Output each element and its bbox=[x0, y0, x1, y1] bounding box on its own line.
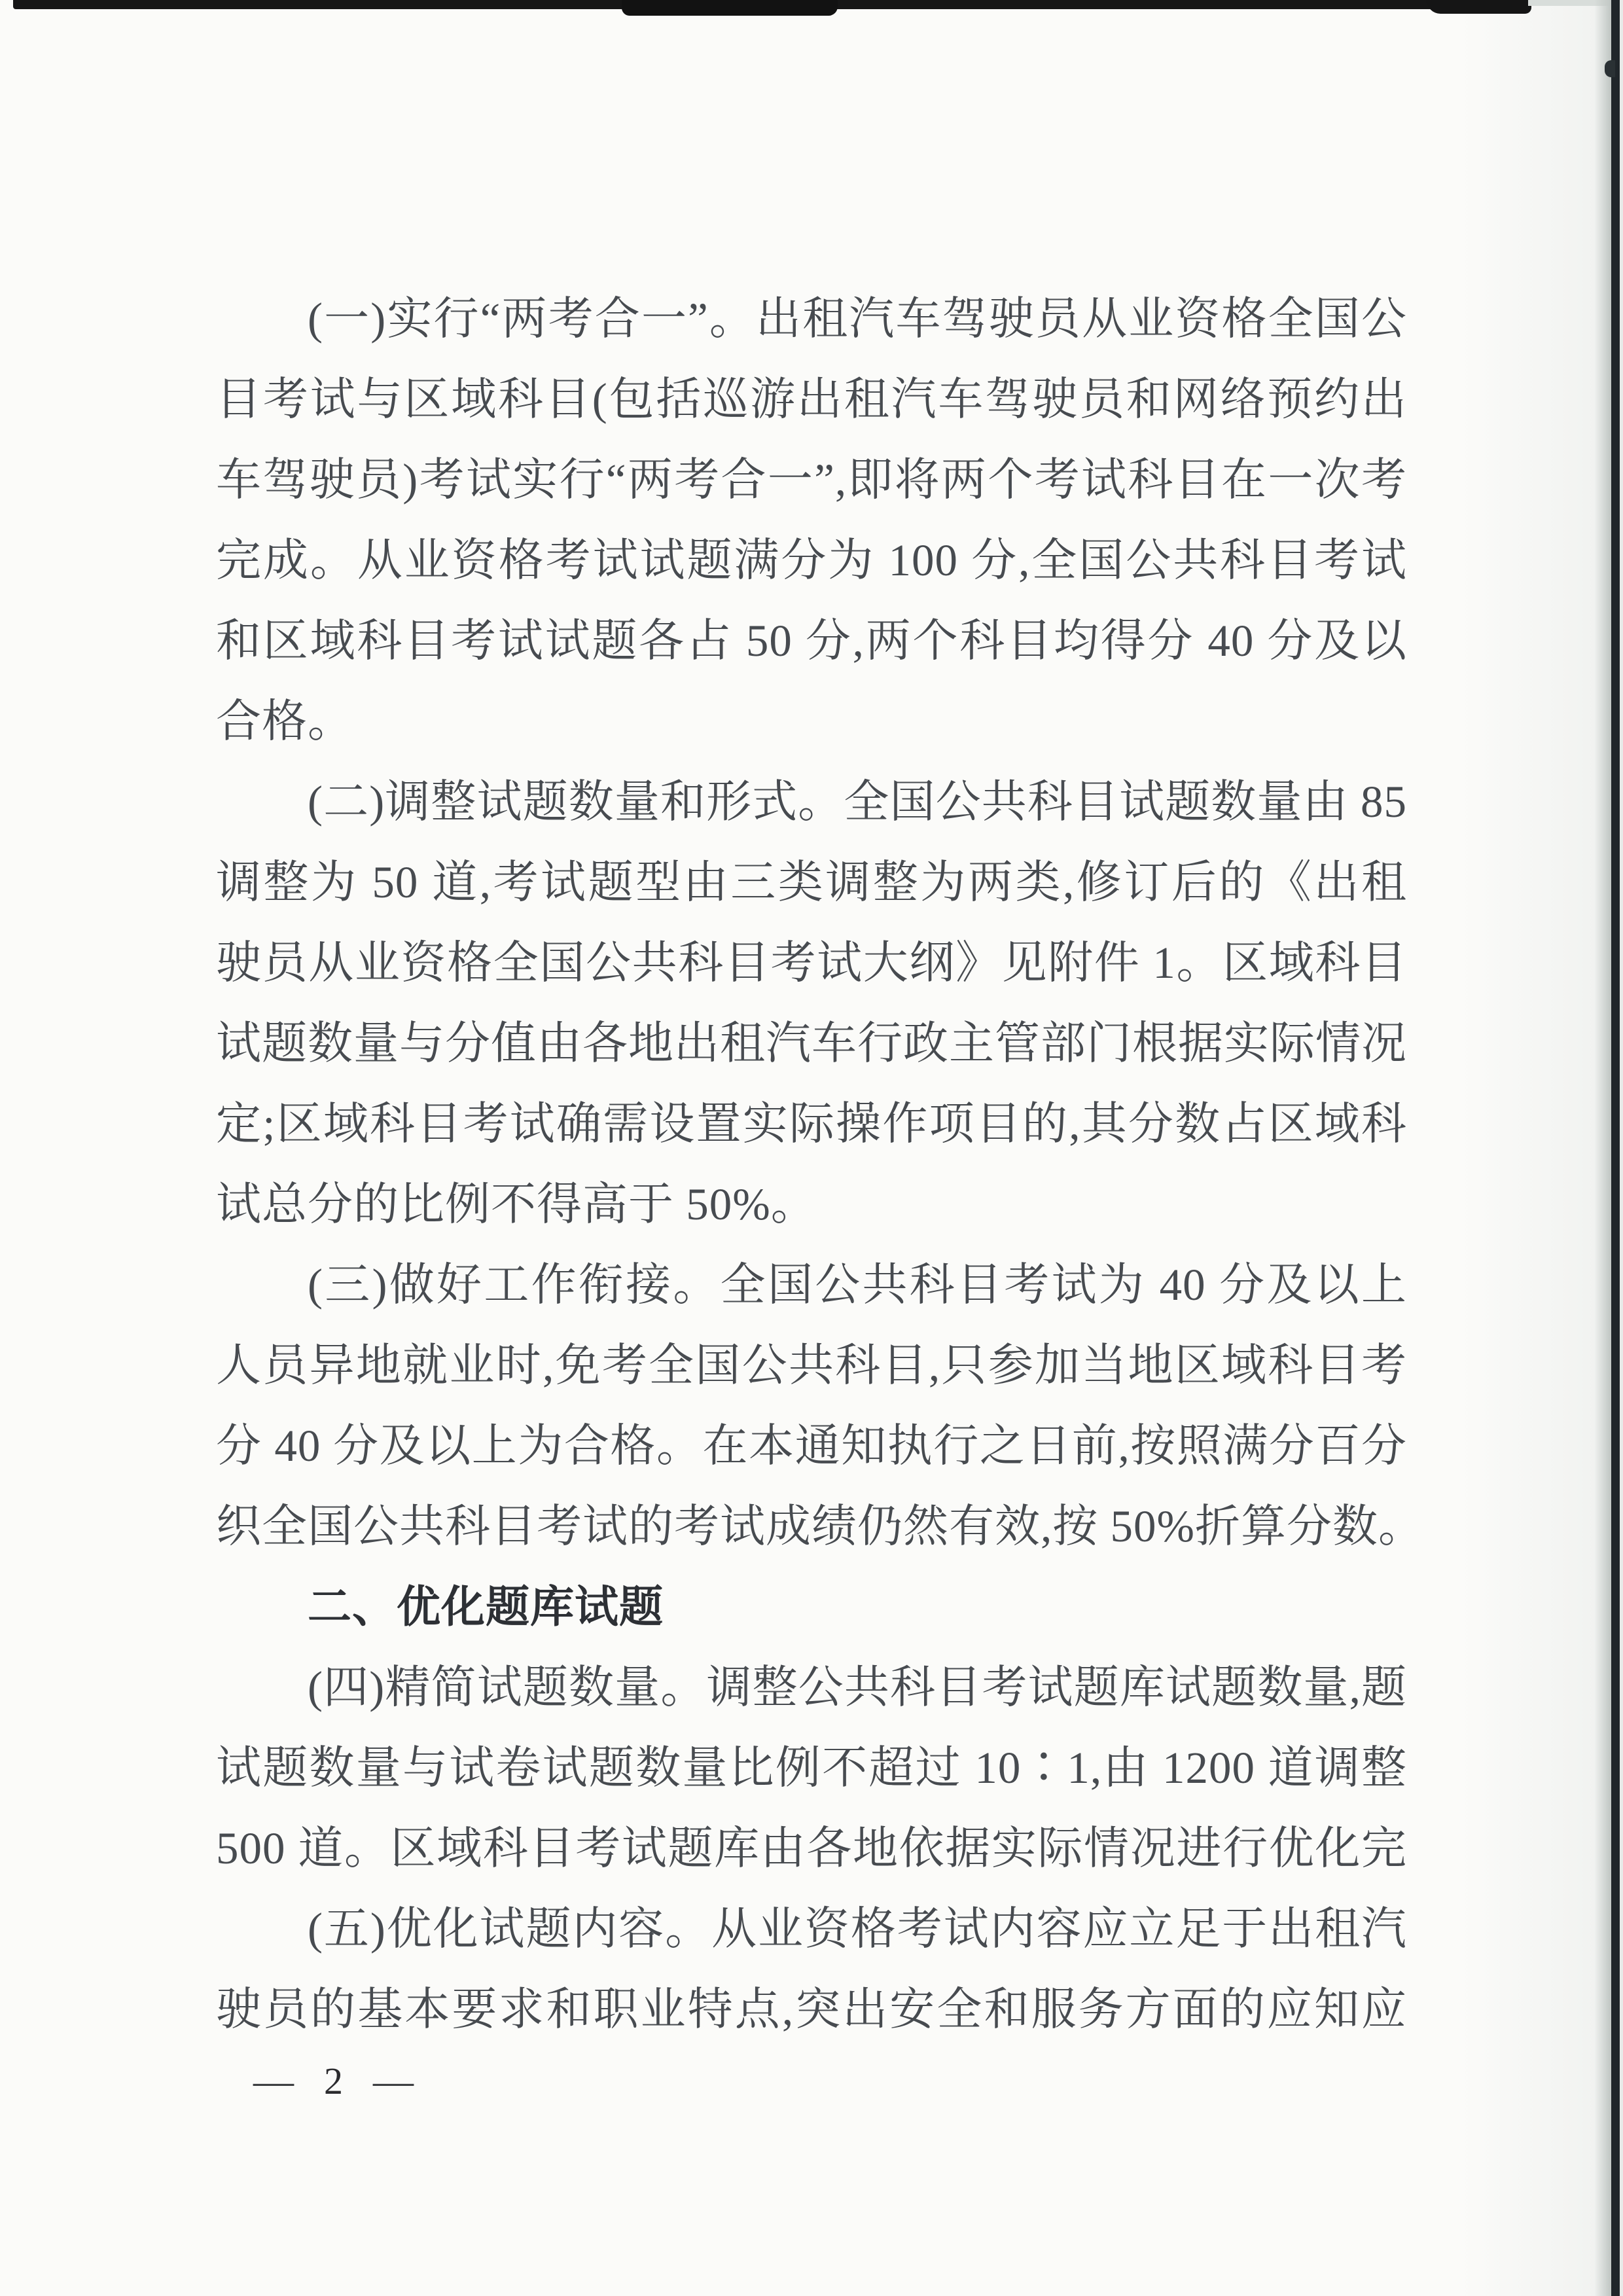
body-line: 和区域科目考试试题各占 50 分,两个科目均得分 40 分及以上为 bbox=[216, 601, 1407, 681]
body-line: (一)实行“两考合一”。出租汽车驾驶员从业资格全国公共科 bbox=[216, 279, 1407, 359]
body-line: 驶员的基本要求和职业特点,突出安全和服务方面的应知应会知 bbox=[216, 1969, 1407, 2050]
body-line: 500 道。区域科目考试题库由各地依据实际情况进行优化完善。 bbox=[216, 1808, 1407, 1889]
section-heading: 二、优化题库试题 bbox=[216, 1567, 1407, 1647]
body-line: 驶员从业资格全国公共科目考试大纲》见附件 1。区域科目考试 bbox=[216, 923, 1407, 1003]
page-number-value: 2 bbox=[324, 2052, 343, 2111]
body-line: 试总分的比例不得高于 50%。 bbox=[216, 1164, 1407, 1245]
body-line: 完成。从业资格考试试题满分为 100 分,全国公共科目考试试题 bbox=[216, 520, 1407, 601]
page-number: — 2 — bbox=[253, 2052, 414, 2111]
document-page: (一)实行“两考合一”。出租汽车驾驶员从业资格全国公共科 目考试与区域科目(包括… bbox=[0, 0, 1623, 2296]
body-line: 车驾驶员)考试实行“两考合一”,即将两个考试科目在一次考试中 bbox=[216, 440, 1407, 520]
scan-artifact-top-wedge bbox=[1427, 0, 1531, 14]
page-number-dash: — bbox=[253, 2052, 294, 2111]
body-line: (二)调整试题数量和形式。全国公共科目试题数量由 85 道 bbox=[216, 762, 1407, 842]
body-line: 试题数量与分值由各地出租汽车行政主管部门根据实际情况确 bbox=[216, 1003, 1407, 1084]
body-line: (三)做好工作衔接。全国公共科目考试为 40 分及以上的从业 bbox=[216, 1245, 1407, 1325]
page-right-edge-blob bbox=[1605, 60, 1615, 77]
body-line: 人员异地就业时,免考全国公共科目,只参加当地区域科目考试,得 bbox=[216, 1325, 1407, 1406]
page-number-dash: — bbox=[373, 2052, 414, 2111]
body-line: 定;区域科目考试确需设置实际操作项目的,其分数占区域科目考 bbox=[216, 1084, 1407, 1164]
body-line: 合格。 bbox=[216, 681, 1407, 762]
body-line: 织全国公共科目考试的考试成绩仍然有效,按 50%折算分数。 bbox=[216, 1486, 1407, 1567]
page-right-edge-line bbox=[1611, 0, 1620, 2296]
body-line: (四)精简试题数量。调整公共科目考试题库试题数量,题库 bbox=[216, 1647, 1407, 1728]
scan-artifact-top-bump bbox=[622, 0, 838, 16]
body-line: 试题数量与试卷试题数量比例不超过 10∶1,由 1200 道调整为 bbox=[216, 1728, 1407, 1808]
page-right-edge-outer bbox=[1620, 0, 1623, 2296]
body-line: 目考试与区域科目(包括巡游出租汽车驾驶员和网络预约出租汽 bbox=[216, 359, 1407, 440]
body-line: 分 40 分及以上为合格。在本通知执行之日前,按照满分百分制组 bbox=[216, 1406, 1407, 1486]
body-line: (五)优化试题内容。从业资格考试内容应立足于出租汽车驾 bbox=[216, 1889, 1407, 1969]
page-right-edge-shadow bbox=[1594, 0, 1613, 2296]
body-line: 调整为 50 道,考试题型由三类调整为两类,修订后的《出租汽车驾 bbox=[216, 842, 1407, 923]
